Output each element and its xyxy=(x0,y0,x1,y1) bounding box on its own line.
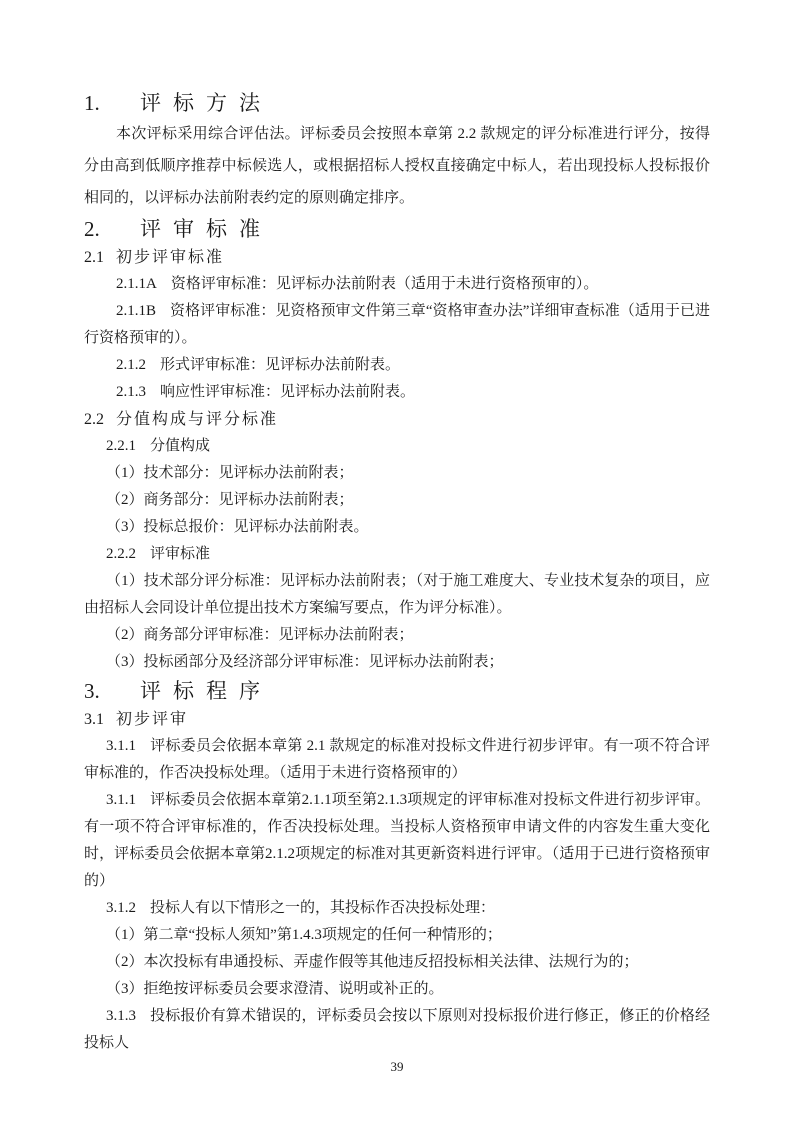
list-item-2-2-1-3: （3）投标总报价：见评标办法前附表。 xyxy=(84,514,710,541)
clause-text: 评审标准 xyxy=(150,546,210,562)
subsection-2-1-number: 2.1 xyxy=(84,249,104,266)
section-1-title: 评标方法 xyxy=(140,91,272,115)
clause-3-1-3: 3.1.3投标报价有算术错误的，评标委员会按以下原则对投标报价进行修正，修正的价… xyxy=(84,1003,710,1057)
list-item-3-1-2-3: （3）拒绝按评标委员会要求澄清、说明或补正的。 xyxy=(84,976,710,1003)
clause-label: 2.1.3 xyxy=(116,384,146,400)
clause-text: 投标报价有算术错误的，评标委员会按以下原则对投标报价进行修正，修正的价格经投标人 xyxy=(84,1008,710,1051)
page-number: 39 xyxy=(84,1059,710,1075)
clause-label: 2.1.1B xyxy=(116,303,156,319)
list-item-2-2-1-2: （2）商务部分：见评标办法前附表； xyxy=(84,487,710,514)
clause-3-1-1-unprequalified: 3.1.1评标委员会依据本章第 2.1 款规定的标准对投标文件进行初步评审。有一… xyxy=(84,733,710,787)
clause-label: 2.1.2 xyxy=(116,357,146,373)
clause-text: 分值构成 xyxy=(150,438,210,454)
section-3-number: 3. xyxy=(84,676,140,706)
subsection-2-1-title: 初步评审标准 xyxy=(116,249,224,266)
list-item-3-1-2-1: （1）第二章“投标人须知”第1.4.3项规定的任何一种情形的； xyxy=(84,922,710,949)
clause-label: 2.1.1A xyxy=(116,276,157,292)
clause-label: 3.1.3 xyxy=(106,1008,136,1024)
clause-3-1-2: 3.1.2投标人有以下情形之一的，其投标作否决投标处理： xyxy=(84,895,710,922)
clause-text: 投标人有以下情形之一的，其投标作否决投标处理： xyxy=(150,900,495,916)
list-item-3-1-2-2: （2）本次投标有串通投标、弄虚作假等其他违反招投标相关法律、法规行为的； xyxy=(84,949,710,976)
section-2-number: 2. xyxy=(84,214,140,244)
section-1-heading: 1.评标方法 xyxy=(84,88,710,118)
clause-2-2-2: 2.2.2评审标准 xyxy=(84,541,710,568)
subsection-2-1-heading: 2.1初步评审标准 xyxy=(84,244,710,271)
clause-label: 2.2.1 xyxy=(106,438,136,454)
clause-text: 响应性评审标准：见评标办法前附表。 xyxy=(160,384,415,400)
clause-label: 3.1.1 xyxy=(106,792,136,808)
subsection-3-1-number: 3.1 xyxy=(84,711,104,728)
subsection-3-1-heading: 3.1初步评审 xyxy=(84,706,710,733)
clause-label: 3.1.1 xyxy=(106,738,136,754)
clause-text: 资格评审标准：见评标办法前附表（适用于未进行资格预审的）。 xyxy=(171,276,599,292)
subsection-2-2-number: 2.2 xyxy=(84,411,104,428)
clause-2-1-3: 2.1.3响应性评审标准：见评标办法前附表。 xyxy=(84,379,710,406)
subsection-2-2-heading: 2.2分值构成与评分标准 xyxy=(84,406,710,433)
list-item-2-2-1-1: （1）技术部分：见评标办法前附表； xyxy=(84,460,710,487)
clause-2-1-1a: 2.1.1A资格评审标准：见评标办法前附表（适用于未进行资格预审的）。 xyxy=(84,271,710,298)
clause-text: 资格评审标准：见资格预审文件第三章“资格审查办法”详细审查标准（适用于已进行资格… xyxy=(84,303,710,346)
clause-2-2-1: 2.2.1分值构成 xyxy=(84,433,710,460)
clause-text: 评标委员会依据本章第 2.1 款规定的标准对投标文件进行初步评审。有一项不符合评… xyxy=(84,738,710,781)
section-3-heading: 3.评标程序 xyxy=(84,676,710,706)
clause-text: 评标委员会依据本章第2.1.1项至第2.1.3项规定的评审标准对投标文件进行初步… xyxy=(84,792,710,889)
document-page: 1.评标方法 本次评标采用综合评估法。评标委员会按照本章第 2.2 款规定的评分… xyxy=(0,0,793,1122)
clause-2-1-1b: 2.1.1B资格评审标准：见资格预审文件第三章“资格审查办法”详细审查标准（适用… xyxy=(84,298,710,352)
list-item-2-2-2-2: （2）商务部分评审标准：见评标办法前附表； xyxy=(84,622,710,649)
section-2-heading: 2.评审标准 xyxy=(84,214,710,244)
clause-label: 2.2.2 xyxy=(106,546,136,562)
clause-3-1-1-prequalified: 3.1.1评标委员会依据本章第2.1.1项至第2.1.3项规定的评审标准对投标文… xyxy=(84,787,710,895)
section-1-number: 1. xyxy=(84,88,140,118)
clause-text: 形式评审标准：见评标办法前附表。 xyxy=(160,357,400,373)
section-3-title: 评标程序 xyxy=(140,679,272,703)
clause-label: 3.1.2 xyxy=(106,900,136,916)
section-2-title: 评审标准 xyxy=(140,217,272,241)
list-item-2-2-2-3: （3）投标函部分及经济部分评审标准：见评标办法前附表； xyxy=(84,649,710,676)
paragraph-evaluation-method: 本次评标采用综合评估法。评标委员会按照本章第 2.2 款规定的评分标准进行评分，… xyxy=(84,118,710,214)
subsection-2-2-title: 分值构成与评分标准 xyxy=(116,411,278,428)
subsection-3-1-title: 初步评审 xyxy=(116,711,188,728)
list-item-2-2-2-1: （1）技术部分评分标准：见评标办法前附表；（对于施工难度大、专业技术复杂的项目，… xyxy=(84,568,710,622)
clause-2-1-2: 2.1.2形式评审标准：见评标办法前附表。 xyxy=(84,352,710,379)
